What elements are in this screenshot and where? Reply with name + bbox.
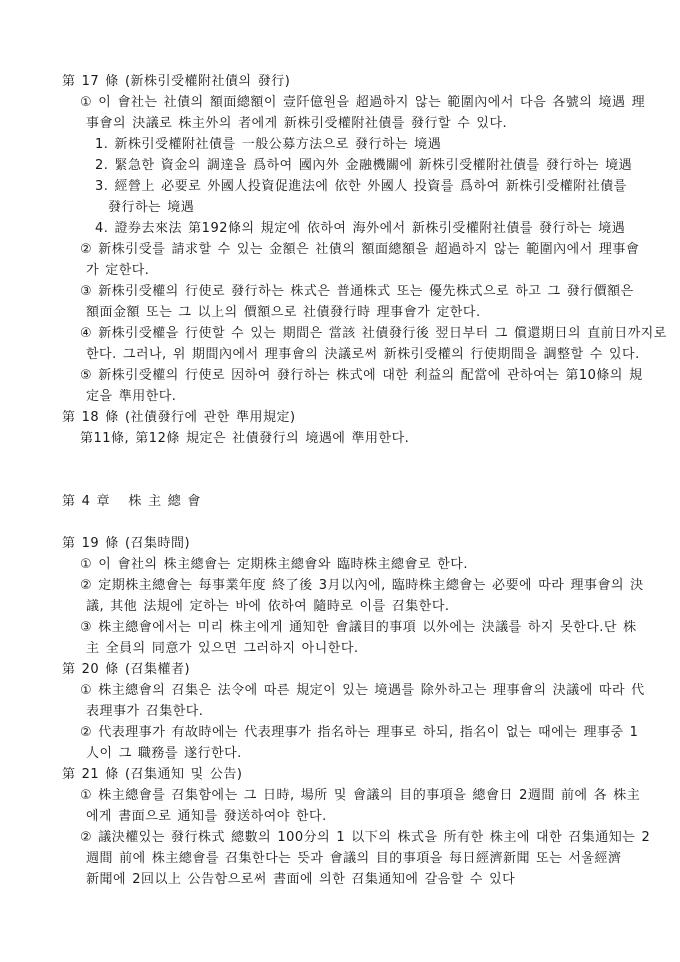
text-line: 週間 前에 株主總會를 召集한다는 뜻과 會議의 目的事項을 每日經濟新聞 또는…: [0, 848, 680, 869]
text-line: ③ 株主總會에서는 미리 株主에게 通知한 會議目的事項 以外에는 決議를 하지…: [0, 617, 680, 638]
text-line: ① 이 會社의 株主總會는 定期株主總會와 臨時株主總會로 한다.: [0, 554, 680, 575]
text-line: 新聞에 2回以上 公告함으로써 書面에 의한 召集通知에 갈음할 수 있다: [0, 869, 680, 890]
text-line: 3. 經營上 必要로 外國人投資促進法에 依한 外國人 投資를 爲하여 新株引受…: [0, 176, 680, 197]
text-line: ① 株主總會를 召集함에는 그 日時, 場所 및 會議의 目的事項을 總會日 2…: [0, 785, 680, 806]
text-line: 表理事가 召集한다.: [0, 701, 680, 722]
document-body: 第 17 條 (新株引受權附社債의 發行)① 이 會社는 社債의 額面總額이 壹…: [0, 71, 680, 890]
text-line: ⑤ 新株引受權의 行使로 因하여 發行하는 株式에 대한 利益의 配當에 관하여…: [0, 365, 680, 386]
text-line: 事會의 決議로 株主外의 者에게 新株引受權附社債를 發行할 수 있다.: [0, 113, 680, 134]
text-line: 第 20 條 (召集權者): [0, 659, 680, 680]
text-line: 第 21 條 (召集通知 및 公告): [0, 764, 680, 785]
text-line: ① 株主總會의 召集은 法令에 따른 規定이 있는 境遇를 除外하고는 理事會의…: [0, 680, 680, 701]
document-page: 第 17 條 (新株引受權附社債의 發行)① 이 會社는 社債의 額面總額이 壹…: [0, 0, 680, 962]
text-line: 定을 準用한다.: [0, 386, 680, 407]
text-line: 에게 書面으로 通知를 發送하여야 한다.: [0, 806, 680, 827]
text-line: 人이 그 職務를 遂行한다.: [0, 743, 680, 764]
text-line: ② 議決權있는 發行株式 總數의 100分의 1 以下의 株式을 所有한 株主에…: [0, 827, 680, 848]
text-line: 가 定한다.: [0, 260, 680, 281]
text-line: 主 全員의 同意가 있으면 그러하지 아니한다.: [0, 638, 680, 659]
text-line: ① 이 會社는 社債의 額面總額이 壹阡億원을 超過하지 않는 範圍內에서 다음…: [0, 92, 680, 113]
text-line: 議, 其他 法規에 定하는 바에 依하여 隨時로 이를 召集한다.: [0, 596, 680, 617]
blank-line: [0, 449, 680, 470]
text-line: 1. 新株引受權附社債를 一般公募方法으로 發行하는 境遇: [0, 134, 680, 155]
text-line: ③ 新株引受權의 行使로 發行하는 株式은 普通株式 또는 優先株式으로 하고 …: [0, 281, 680, 302]
text-line: 發行하는 境遇: [0, 197, 680, 218]
text-line: 第11條, 第12條 規定은 社債發行의 境遇에 準用한다.: [0, 428, 680, 449]
text-line: 第 18 條 (社債發行에 관한 準用規定): [0, 407, 680, 428]
text-line: ② 新株引受를 請求할 수 있는 金額은 社債의 額面總額을 超過하지 않는 範…: [0, 239, 680, 260]
text-line: ④ 新株引受權을 行使할 수 있는 期間은 當該 社債發行後 翌日부터 그 償還…: [0, 323, 680, 344]
blank-line: [0, 470, 680, 491]
blank-line: [0, 512, 680, 533]
text-line: ② 代表理事가 有故時에는 代表理事가 指名하는 理事로 하되, 指名이 없는 …: [0, 722, 680, 743]
text-line: 第 17 條 (新株引受權附社債의 發行): [0, 71, 680, 92]
text-line: 한다. 그러나, 위 期間內에서 理事會의 決議로써 新株引受權의 行使期間을 …: [0, 344, 680, 365]
text-line: 第 19 條 (召集時間): [0, 533, 680, 554]
text-line: 2. 緊急한 資金의 調達을 爲하여 國內外 金融機關에 新株引受權附社債를 發…: [0, 155, 680, 176]
text-line: ② 定期株主總會는 每事業年度 終了後 3月以內에, 臨時株主總會는 必要에 따…: [0, 575, 680, 596]
text-line: 額面金額 또는 그 以上의 價額으로 社債發行時 理事會가 定한다.: [0, 302, 680, 323]
text-line: 4. 證券去來法 第192條의 規定에 依하여 海外에서 新株引受權附社債를 發…: [0, 218, 680, 239]
text-line: 第 4 章 株 主 總 會: [0, 491, 680, 512]
